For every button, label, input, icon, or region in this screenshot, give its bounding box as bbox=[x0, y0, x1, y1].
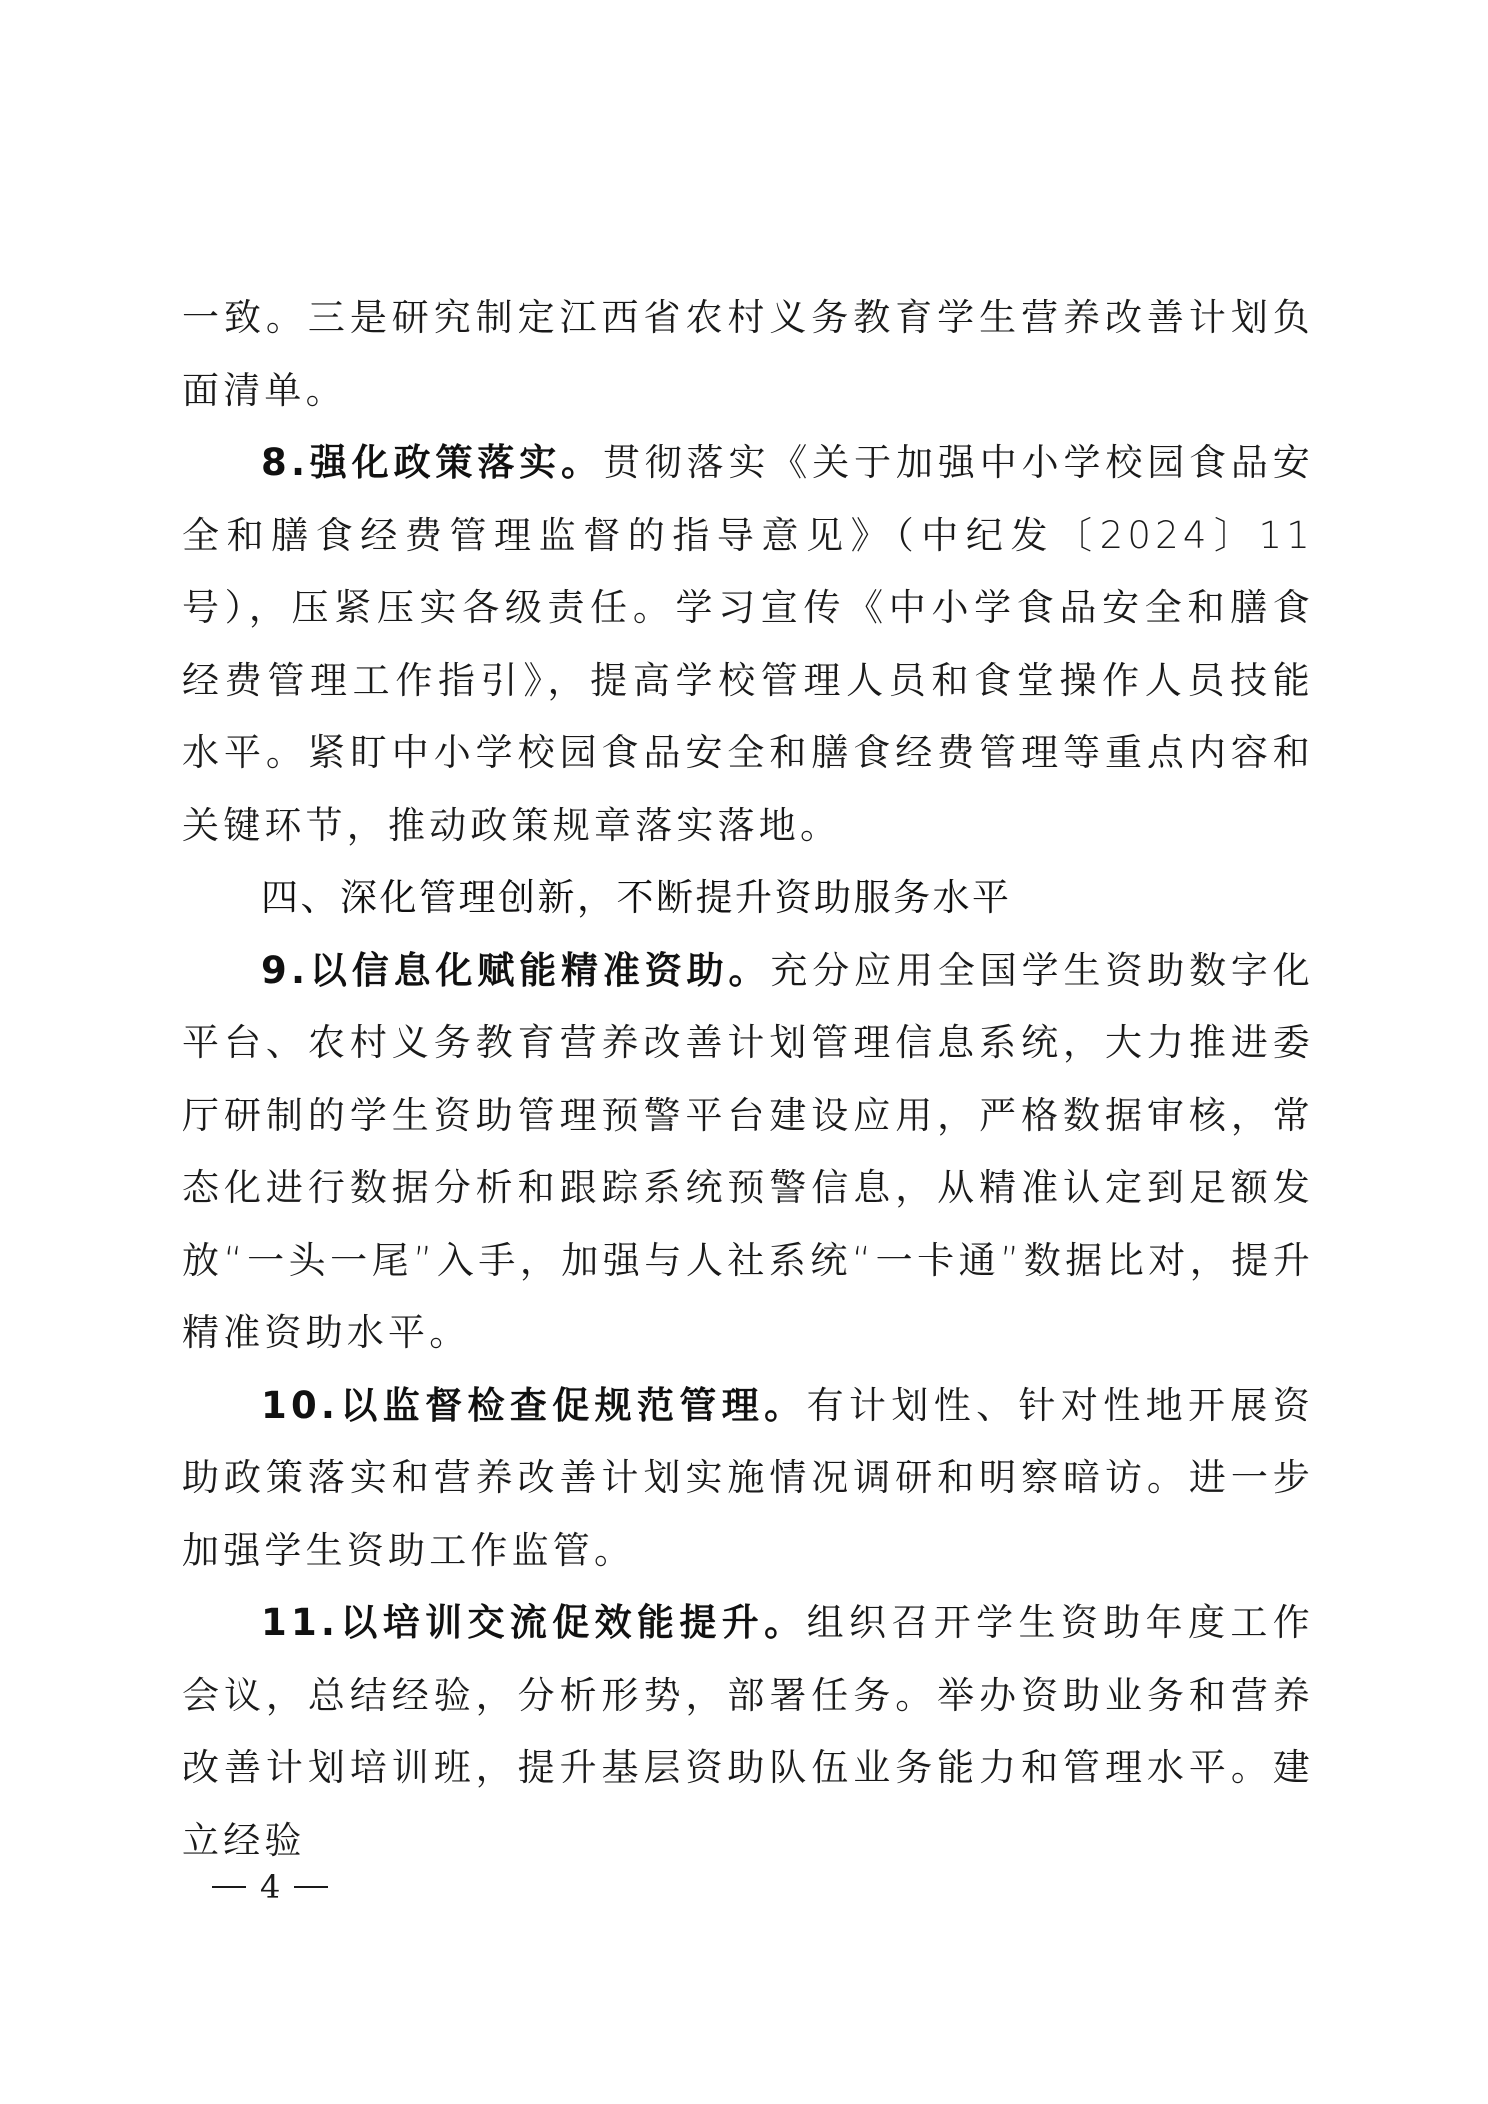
document-body: 一致。三是研究制定江西省农村义务教育学生营养改善计划负面清单。 8.强化政策落实… bbox=[182, 282, 1314, 1877]
paragraph-item-10: 10.以监督检查促规范管理。有计划性、针对性地开展资助政策落实和营养改善计划实施… bbox=[182, 1370, 1314, 1588]
paragraph-item-9: 9.以信息化赋能精准资助。充分应用全国学生资助数字化平台、农村义务教育营养改善计… bbox=[182, 935, 1314, 1370]
document-page: 一致。三是研究制定江西省农村义务教育学生营养改善计划负面清单。 8.强化政策落实… bbox=[0, 0, 1488, 2104]
paragraph-lead: 9.以信息化赋能精准资助。 bbox=[261, 949, 770, 992]
dash-left-decoration bbox=[212, 1886, 246, 1888]
section-heading: 四、深化管理创新，不断提升资助服务水平 bbox=[182, 862, 1314, 935]
page-number: 4 bbox=[212, 1868, 328, 1906]
paragraph-lead: 8.强化政策落实。 bbox=[261, 441, 603, 484]
paragraph-text: 贯彻落实《关于加强中小学校园食品安全和膳食经费管理监督的指导意见》（中纪发〔20… bbox=[182, 441, 1314, 847]
paragraph-lead: 10.以监督检查促规范管理。 bbox=[261, 1384, 807, 1427]
paragraph-text: 充分应用全国学生资助数字化平台、农村义务教育营养改善计划管理信息系统，大力推进委… bbox=[182, 949, 1314, 1355]
page-number-value: 4 bbox=[260, 1868, 280, 1906]
paragraph-lead: 11.以培训交流促效能提升。 bbox=[261, 1601, 807, 1644]
paragraph-item-11: 11.以培训交流促效能提升。组织召开学生资助年度工作会议，总结经验，分析形势，部… bbox=[182, 1587, 1314, 1877]
paragraph-continuation: 一致。三是研究制定江西省农村义务教育学生营养改善计划负面清单。 bbox=[182, 282, 1314, 427]
paragraph-text: 一致。三是研究制定江西省农村义务教育学生营养改善计划负面清单。 bbox=[182, 296, 1314, 412]
dash-right-decoration bbox=[294, 1886, 328, 1888]
paragraph-item-8: 8.强化政策落实。贯彻落实《关于加强中小学校园食品安全和膳食经费管理监督的指导意… bbox=[182, 427, 1314, 862]
